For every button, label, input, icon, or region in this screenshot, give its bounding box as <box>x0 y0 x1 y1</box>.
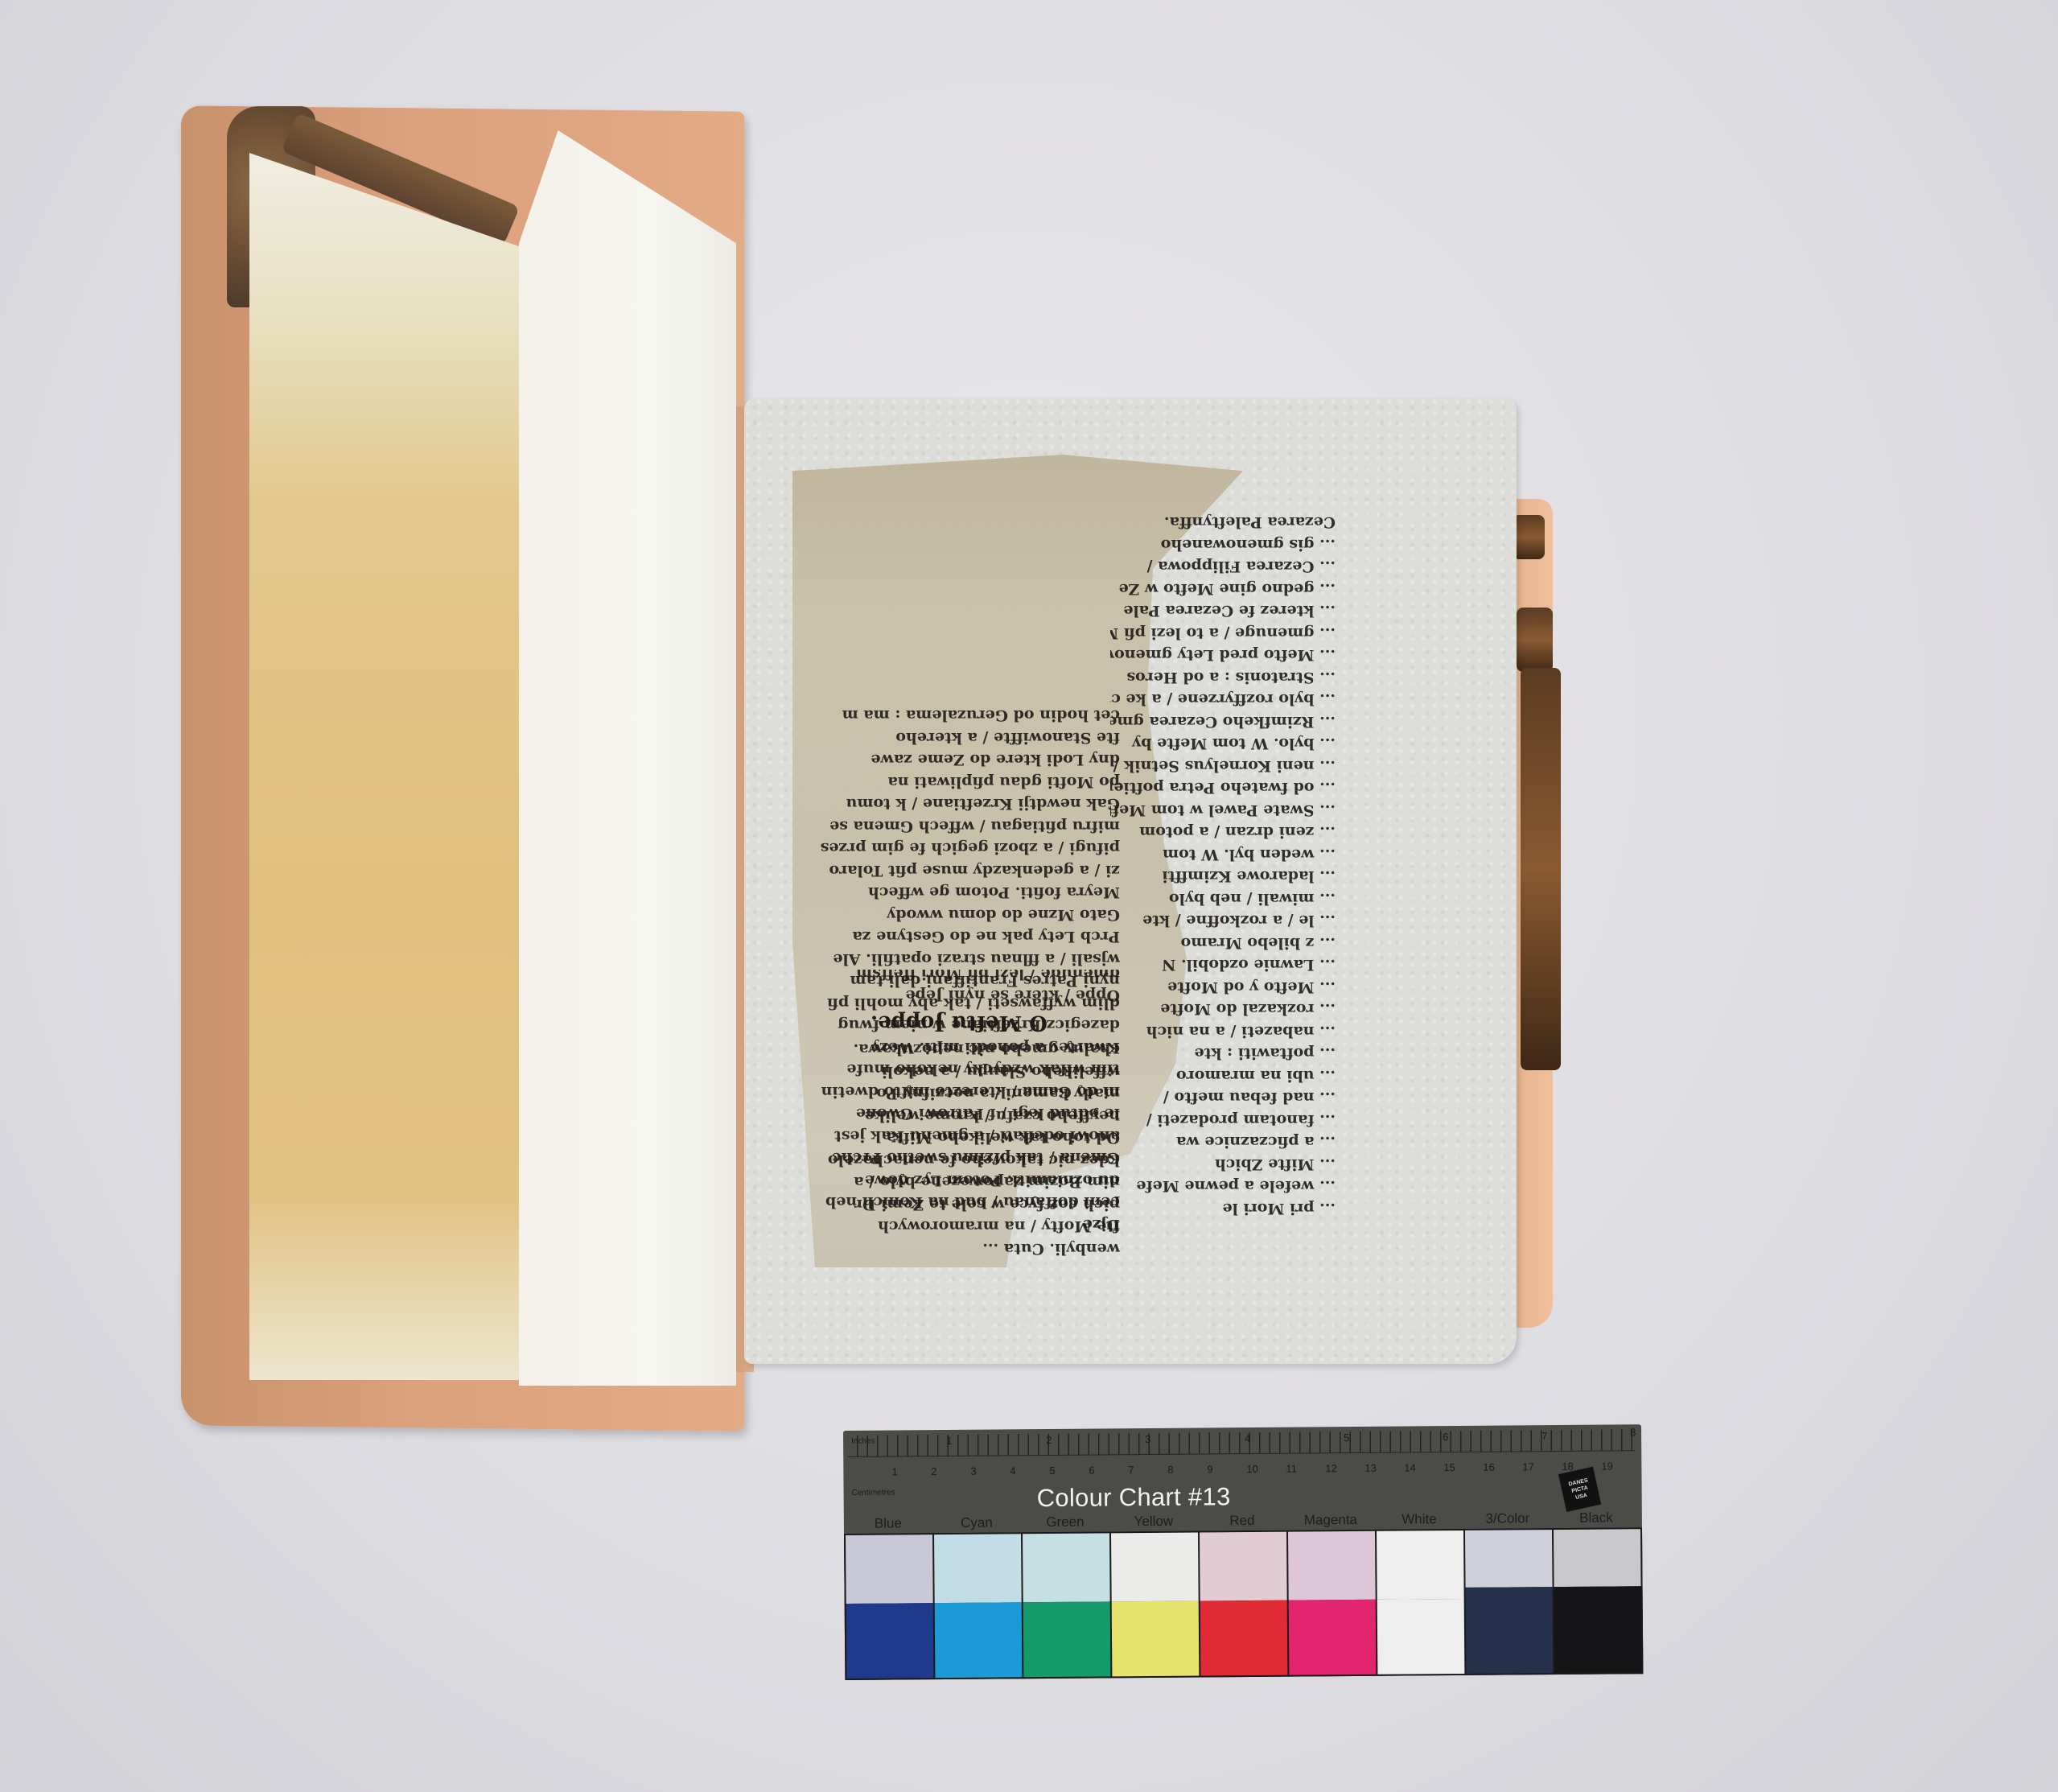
text-line: ... zeni drzan / a potom <box>1110 821 1336 843</box>
text-line: ... z bilebo Mramo <box>1110 932 1336 954</box>
text-line: ... poftawiti : kte <box>1110 1042 1336 1065</box>
chart-header-strip: Inches 1 2 3 4 5 6 7 8 Centimetres 1 2 3… <box>843 1424 1642 1534</box>
text-line: Meyra fofiti. Potom ge wffech <box>798 881 1120 904</box>
text-line: ... Mifte Zbich <box>1110 1153 1336 1176</box>
text-line: ... gis gmenowaneho <box>1110 533 1336 556</box>
ruler-cm-number: 15 <box>1443 1461 1455 1473</box>
text-line: ... weden byl. W tom <box>1110 843 1336 866</box>
leather-fragment <box>1521 668 1561 1070</box>
chart-title: Colour Chart #13 <box>1037 1482 1231 1513</box>
swatch-magenta <box>1288 1531 1377 1675</box>
ruler-cm-number: 3 <box>970 1465 976 1477</box>
text-line: Cezarea Paleftynffa. <box>1110 511 1336 533</box>
swatch-tint <box>934 1534 1022 1603</box>
ruler-cm-number: 17 <box>1522 1460 1534 1473</box>
text-line: ... Mefto pred Lety gmenowa <box>1110 644 1336 666</box>
swatch-solid <box>1200 1600 1287 1675</box>
ruler-cm-number: 4 <box>1010 1464 1015 1477</box>
text-line: ... bylo. W tom Mefte by <box>1110 732 1336 755</box>
ruler-inch-number: 3 <box>1145 1433 1150 1445</box>
swatch-solid <box>1377 1599 1464 1674</box>
swatch-label-green: Green <box>1021 1514 1109 1530</box>
text-line: ... miwali / neb bylo <box>1110 888 1336 910</box>
swatch-tint <box>1023 1533 1110 1602</box>
swatch-green <box>1023 1533 1111 1677</box>
text-line: zi / a gedenkazdy muse pfit Tolaro <box>798 859 1120 882</box>
text-line: ... gedno gine Mefto w Ze <box>1110 578 1336 600</box>
text-line: cet hodin od Geruzalema : ma m <box>798 704 1120 727</box>
text-line: po Mofti gdau pfipliwati na <box>798 771 1120 793</box>
swatch-label-white: White <box>1375 1511 1463 1528</box>
text-line: mifru pfitiagau / wffech Gmena se <box>798 815 1120 838</box>
swatch-label-red: Red <box>1198 1513 1286 1530</box>
text-line: ... Cezarea Filippowa / <box>1110 555 1336 578</box>
text-line: ... nabazeti / a na nich <box>1110 1020 1336 1043</box>
ruler-inch-number: 2 <box>1046 1434 1052 1446</box>
text-line: Od toho tak welikeho Mifta <box>798 1127 1120 1149</box>
swatch-label-yellow: Yellow <box>1109 1514 1198 1530</box>
text-line: ... ubi na mramoro <box>1110 1065 1336 1087</box>
swatch-solid <box>1111 1601 1199 1676</box>
text-line: gmenuge / lezi pfi Mori ffeffsm <box>798 970 1120 984</box>
pastedown-endpaper <box>249 153 533 1380</box>
text-line: ... Stratonis : a od Heros <box>1110 666 1336 689</box>
swatch-tint <box>1553 1529 1640 1587</box>
text-line: ... gmenuge / a to lezi pfi Mo <box>1110 622 1336 645</box>
text-line: nim Bozim zapowezene bylo / a <box>798 1171 1120 1193</box>
text-line: wffelikeho Slaupu / a nekoli <box>798 1061 1120 1083</box>
text-line: ... fanotam prodazeti / <box>1110 1109 1336 1131</box>
swatch-tint <box>1288 1531 1376 1600</box>
text-line: ... Lawnie ozdobil. N <box>1110 954 1336 976</box>
swatch-tint <box>846 1535 933 1604</box>
page-text-right-column: ... pri Mori le ... wefele a pewne Mefe … <box>1110 495 1336 1219</box>
text-line: ... neni Kornelyus Setnik / kdez <box>1110 755 1336 777</box>
swatch-solid <box>1465 1587 1553 1674</box>
logo-text: USA <box>1574 1492 1587 1502</box>
ruler-cm-number: 14 <box>1404 1461 1416 1473</box>
text-line: Prcb Lety pak ne do Gestyne za <box>798 925 1120 948</box>
text-line: fte Mofty / na mramorowych <box>798 1215 1120 1238</box>
text-line: ... wefele a pewne Mefe <box>1110 1175 1336 1197</box>
ruler-cm-number: 13 <box>1364 1462 1377 1474</box>
swatch-tint <box>1377 1530 1464 1600</box>
leather-fragment <box>1517 608 1553 672</box>
ruler-inch-number: 7 <box>1541 1430 1547 1442</box>
text-line: dny Lodi ktere do Zeme zawe <box>798 748 1120 771</box>
text-line: chaluy gmeho nic nepozukawa. <box>798 1038 1120 1061</box>
text-line: ... le / a rozkoffne / kte <box>1110 909 1336 932</box>
text-line: ... pri Mori le <box>1110 1197 1336 1220</box>
ruler-cm-number: 8 <box>1167 1464 1173 1476</box>
text-line: ... Swate Pawel w tom Mefte <box>1110 799 1336 822</box>
leather-fragment <box>1513 515 1545 559</box>
swatch-tint <box>1200 1532 1287 1601</box>
text-line: ... Rzimfkeho Cezarea gmeno <box>1110 711 1336 733</box>
ruler-cm-number: 2 <box>931 1465 936 1477</box>
text-line: ... kterez fe Cezarea Pale <box>1110 599 1336 622</box>
swatch-solid <box>846 1604 934 1679</box>
flyleaf-page <box>519 130 736 1386</box>
swatch-black <box>1553 1529 1641 1673</box>
text-line: Gak newdtji Krzeftiane / k tomu <box>798 793 1120 815</box>
ruler-inch-number: 5 <box>1344 1432 1349 1444</box>
ruler-cm-number: 7 <box>1128 1464 1134 1476</box>
ruler-cm-number: 9 <box>1207 1463 1212 1475</box>
text-line: fte Stanowiffte / a ktereho <box>798 727 1120 749</box>
ruler-inches-scale <box>848 1429 1635 1457</box>
text-line: wenbyli. Cuta ... <box>798 1238 1120 1260</box>
swatch-label-magenta: Magenta <box>1286 1512 1375 1529</box>
swatch-tint <box>1111 1533 1199 1602</box>
swatch-label-3color: 3/Color <box>1463 1510 1552 1527</box>
text-line: ... a pficzaznice wa <box>1110 1131 1336 1153</box>
text-line: ... Mefto y od Mofte <box>1110 976 1336 999</box>
ruler-cm-number: 10 <box>1246 1463 1258 1475</box>
swatch-yellow <box>1111 1533 1200 1677</box>
ruler-cm-number: 1 <box>891 1465 897 1477</box>
text-line: ... bylo rozffyrzene / a ke cti <box>1110 688 1336 711</box>
ruler-inch-number: 4 <box>1245 1432 1250 1444</box>
text-line: pich coz fyce w cele te Zemi Dr <box>798 1193 1120 1216</box>
text-line: ... ladarowe Kzimffti <box>1110 865 1336 888</box>
swatch-solid <box>1554 1586 1641 1673</box>
text-line: ... od fwateho Petra poftien <box>1110 777 1336 799</box>
swatch-blue <box>846 1535 934 1679</box>
ruler-inch-number: 6 <box>1443 1431 1448 1443</box>
ruler-cm-number: 16 <box>1483 1461 1495 1473</box>
swatch-red <box>1200 1532 1288 1676</box>
ruler-cm-number: 6 <box>1089 1464 1094 1477</box>
text-line: wjsali / a fflnau strazi opatfili. Ale <box>798 948 1120 970</box>
ruler-centimetres-label: Centimetres <box>852 1488 895 1497</box>
text-line: pifugi / a zbozi gegich fe gim przes <box>798 837 1120 859</box>
text-line: kdez nic takoweho fe nenachazelo <box>798 1149 1120 1172</box>
ruler-inch-number: 8 <box>1630 1426 1636 1438</box>
swatch-label-blue: Blue <box>844 1515 932 1532</box>
text-line: Gato Mzne do domu wwody <box>798 904 1120 926</box>
ruler-cm-number: 5 <box>1049 1464 1055 1477</box>
swatch-label-cyan: Cyan <box>932 1514 1021 1531</box>
swatch-cyan <box>934 1534 1023 1678</box>
danes-picta-logo: DANES PICTA USA <box>1558 1467 1601 1512</box>
swatch-tint <box>1465 1530 1553 1588</box>
ruler-cm-number: 11 <box>1286 1463 1297 1475</box>
colour-reference-chart: Inches 1 2 3 4 5 6 7 8 Centimetres 1 2 3… <box>843 1424 1643 1680</box>
text-line: Oppe / ktere se nyni Jepe <box>798 984 1120 1007</box>
swatch-solid <box>1288 1600 1376 1675</box>
ruler-inches-label: Inches <box>851 1437 875 1446</box>
text-line: mady kameni / a neczifny Po <box>798 1082 1120 1105</box>
text-line: ... nad febau mefto / <box>1110 1086 1336 1109</box>
page-text-section-joppe: wenbyli. Cuta ... fte Mofty / na mramoro… <box>798 970 1120 1259</box>
swatch-label-black: Black <box>1552 1510 1640 1526</box>
text-line: neyffeho czafu / krome welike <box>798 1105 1120 1127</box>
ruler-cm-number: 19 <box>1601 1460 1613 1472</box>
swatch-solid <box>1023 1602 1111 1677</box>
swatch-solid <box>935 1603 1023 1678</box>
ruler-cm-number: 12 <box>1325 1462 1337 1474</box>
text-line: ... rozkazal do Mofte <box>1110 998 1336 1020</box>
colour-swatch-row <box>844 1527 1643 1680</box>
ruler-inch-number: 1 <box>946 1435 952 1447</box>
section-heading: O Meftu Joppe. <box>798 1007 1120 1039</box>
swatch-white <box>1377 1530 1465 1675</box>
swatch-3color <box>1465 1530 1554 1674</box>
